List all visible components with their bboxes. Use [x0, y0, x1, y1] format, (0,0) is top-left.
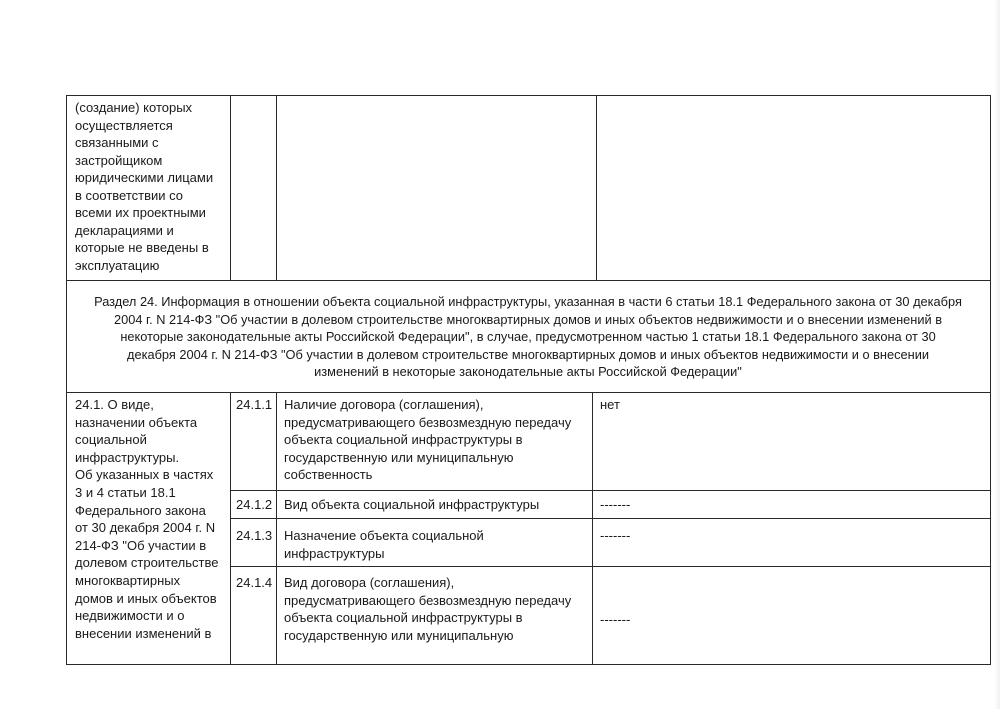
- scanned-document-page: (создание) которых осуществляется связан…: [0, 0, 1000, 709]
- section-24-header: Раздел 24. Информация в отношении объект…: [68, 293, 988, 381]
- row-divider-top-row: [66, 280, 991, 281]
- col-divider-2: [276, 95, 277, 280]
- group-col-divider-1: [230, 392, 231, 665]
- row-code-24-1-4: 24.1.4: [236, 574, 272, 592]
- group-col-divider-3: [592, 392, 593, 665]
- row-label-24-1-3: Назначение объекта социальной инфраструк…: [284, 527, 589, 562]
- row-label-24-1-4: Вид договора (соглашения), предусматрива…: [284, 574, 589, 644]
- table-border-bottom: [66, 664, 991, 665]
- scan-edge-shadow: [994, 0, 1000, 709]
- row-value-24-1-2: -------: [600, 496, 985, 514]
- table-border-top: [66, 95, 991, 96]
- row-divider-24-1-3: [230, 566, 991, 567]
- col-divider-3: [596, 95, 597, 280]
- group-col-divider-2: [276, 392, 277, 665]
- row-divider-24-1-2: [230, 518, 991, 519]
- col-divider-1: [230, 95, 231, 280]
- row-value-24-1-4: -------: [600, 611, 985, 629]
- row-value-24-1-3: -------: [600, 527, 985, 545]
- top-row-col1-text: (создание) которых осуществляется связан…: [75, 99, 230, 274]
- row-code-24-1-3: 24.1.3: [236, 527, 272, 545]
- row-label-24-1-2: Вид объекта социальной инфраструктуры: [284, 496, 589, 514]
- row-code-24-1-1: 24.1.1: [236, 396, 272, 414]
- table-border-right: [990, 95, 991, 665]
- group-24-1-title: 24.1. О виде, назначении объекта социаль…: [75, 396, 230, 642]
- row-code-24-1-2: 24.1.2: [236, 496, 272, 514]
- row-label-24-1-1: Наличие договора (соглашения), предусмат…: [284, 396, 589, 484]
- row-divider-section-header: [66, 392, 991, 393]
- row-value-24-1-1: нет: [600, 396, 985, 414]
- row-divider-24-1-1: [230, 490, 991, 491]
